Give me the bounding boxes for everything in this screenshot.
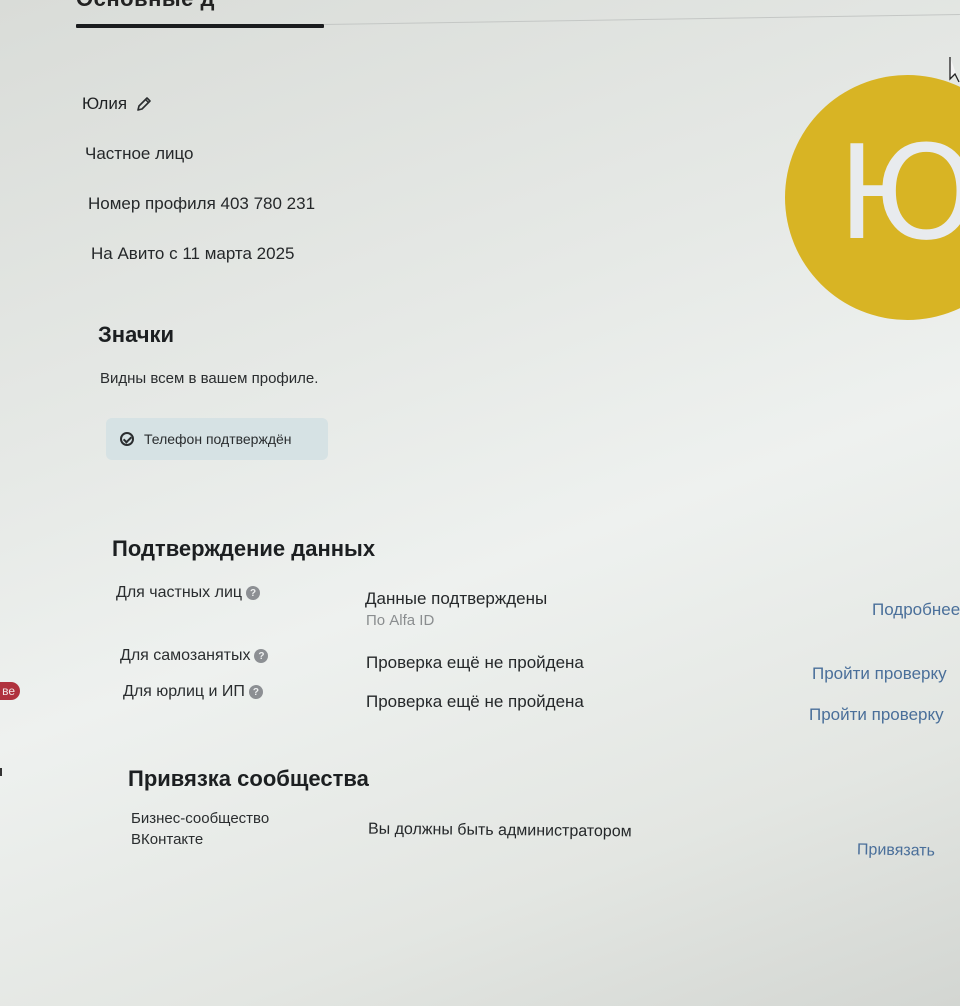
- avatar[interactable]: Ю: [785, 75, 960, 320]
- question-icon[interactable]: ?: [246, 586, 260, 600]
- verification-label-self-employed: Для самозанятых ?: [120, 647, 268, 665]
- verification-status-legal-entity: Проверка ещё не пройдена: [366, 692, 584, 712]
- verification-status-self-employed: Проверка ещё не пройдена: [366, 653, 584, 673]
- community-status: Вы должны быть администратором: [368, 821, 632, 842]
- row-label-text: Для самозанятых: [120, 647, 250, 665]
- mouse-cursor-icon: [948, 55, 960, 83]
- row-label-text: Для юрлиц и ИП: [123, 683, 245, 701]
- badge-label: Телефон подтверждён: [144, 431, 292, 447]
- check-circle-icon: [120, 432, 134, 446]
- badges-title: Значки: [98, 322, 174, 348]
- tabs-divider: [324, 14, 960, 25]
- account-type: Частное лицо: [85, 144, 194, 164]
- avatar-letter: Ю: [837, 117, 960, 269]
- sidebar-notification-badge[interactable]: ве: [0, 682, 20, 700]
- member-since: На Авито с 11 марта 2025: [91, 244, 295, 264]
- row-label-text: Для частных лиц: [116, 584, 242, 602]
- start-verification-legal-entity-link[interactable]: Пройти проверку: [809, 705, 944, 725]
- active-tab-indicator: [76, 24, 324, 28]
- link-community-button[interactable]: Привязать: [857, 841, 935, 860]
- pencil-icon[interactable]: [135, 95, 153, 113]
- badge-phone-verified: Телефон подтверждён: [106, 418, 328, 460]
- community-label: Бизнес-сообщество ВКонтакте: [131, 808, 301, 850]
- profile-name-row: Юлия: [82, 94, 153, 114]
- sidebar-edge-mark: [0, 768, 2, 776]
- question-icon[interactable]: ?: [254, 649, 268, 663]
- verification-status-individual: Данные подтверждены: [365, 589, 547, 609]
- question-icon[interactable]: ?: [249, 685, 263, 699]
- start-verification-self-employed-link[interactable]: Пройти проверку: [812, 664, 947, 684]
- verification-method: По Alfa ID: [366, 612, 434, 629]
- verification-label-legal-entity: Для юрлиц и ИП ?: [123, 683, 263, 701]
- verification-title: Подтверждение данных: [112, 536, 375, 562]
- community-title: Привязка сообщества: [128, 766, 369, 792]
- profile-number: Номер профиля 403 780 231: [88, 194, 315, 214]
- badges-subtitle: Видны всем в вашем профиле.: [100, 370, 318, 387]
- details-link[interactable]: Подробнее: [872, 600, 960, 620]
- verification-label-individual: Для частных лиц ?: [116, 584, 260, 602]
- tab-main-info[interactable]: Основные д: [76, 0, 215, 12]
- profile-name: Юлия: [82, 94, 127, 114]
